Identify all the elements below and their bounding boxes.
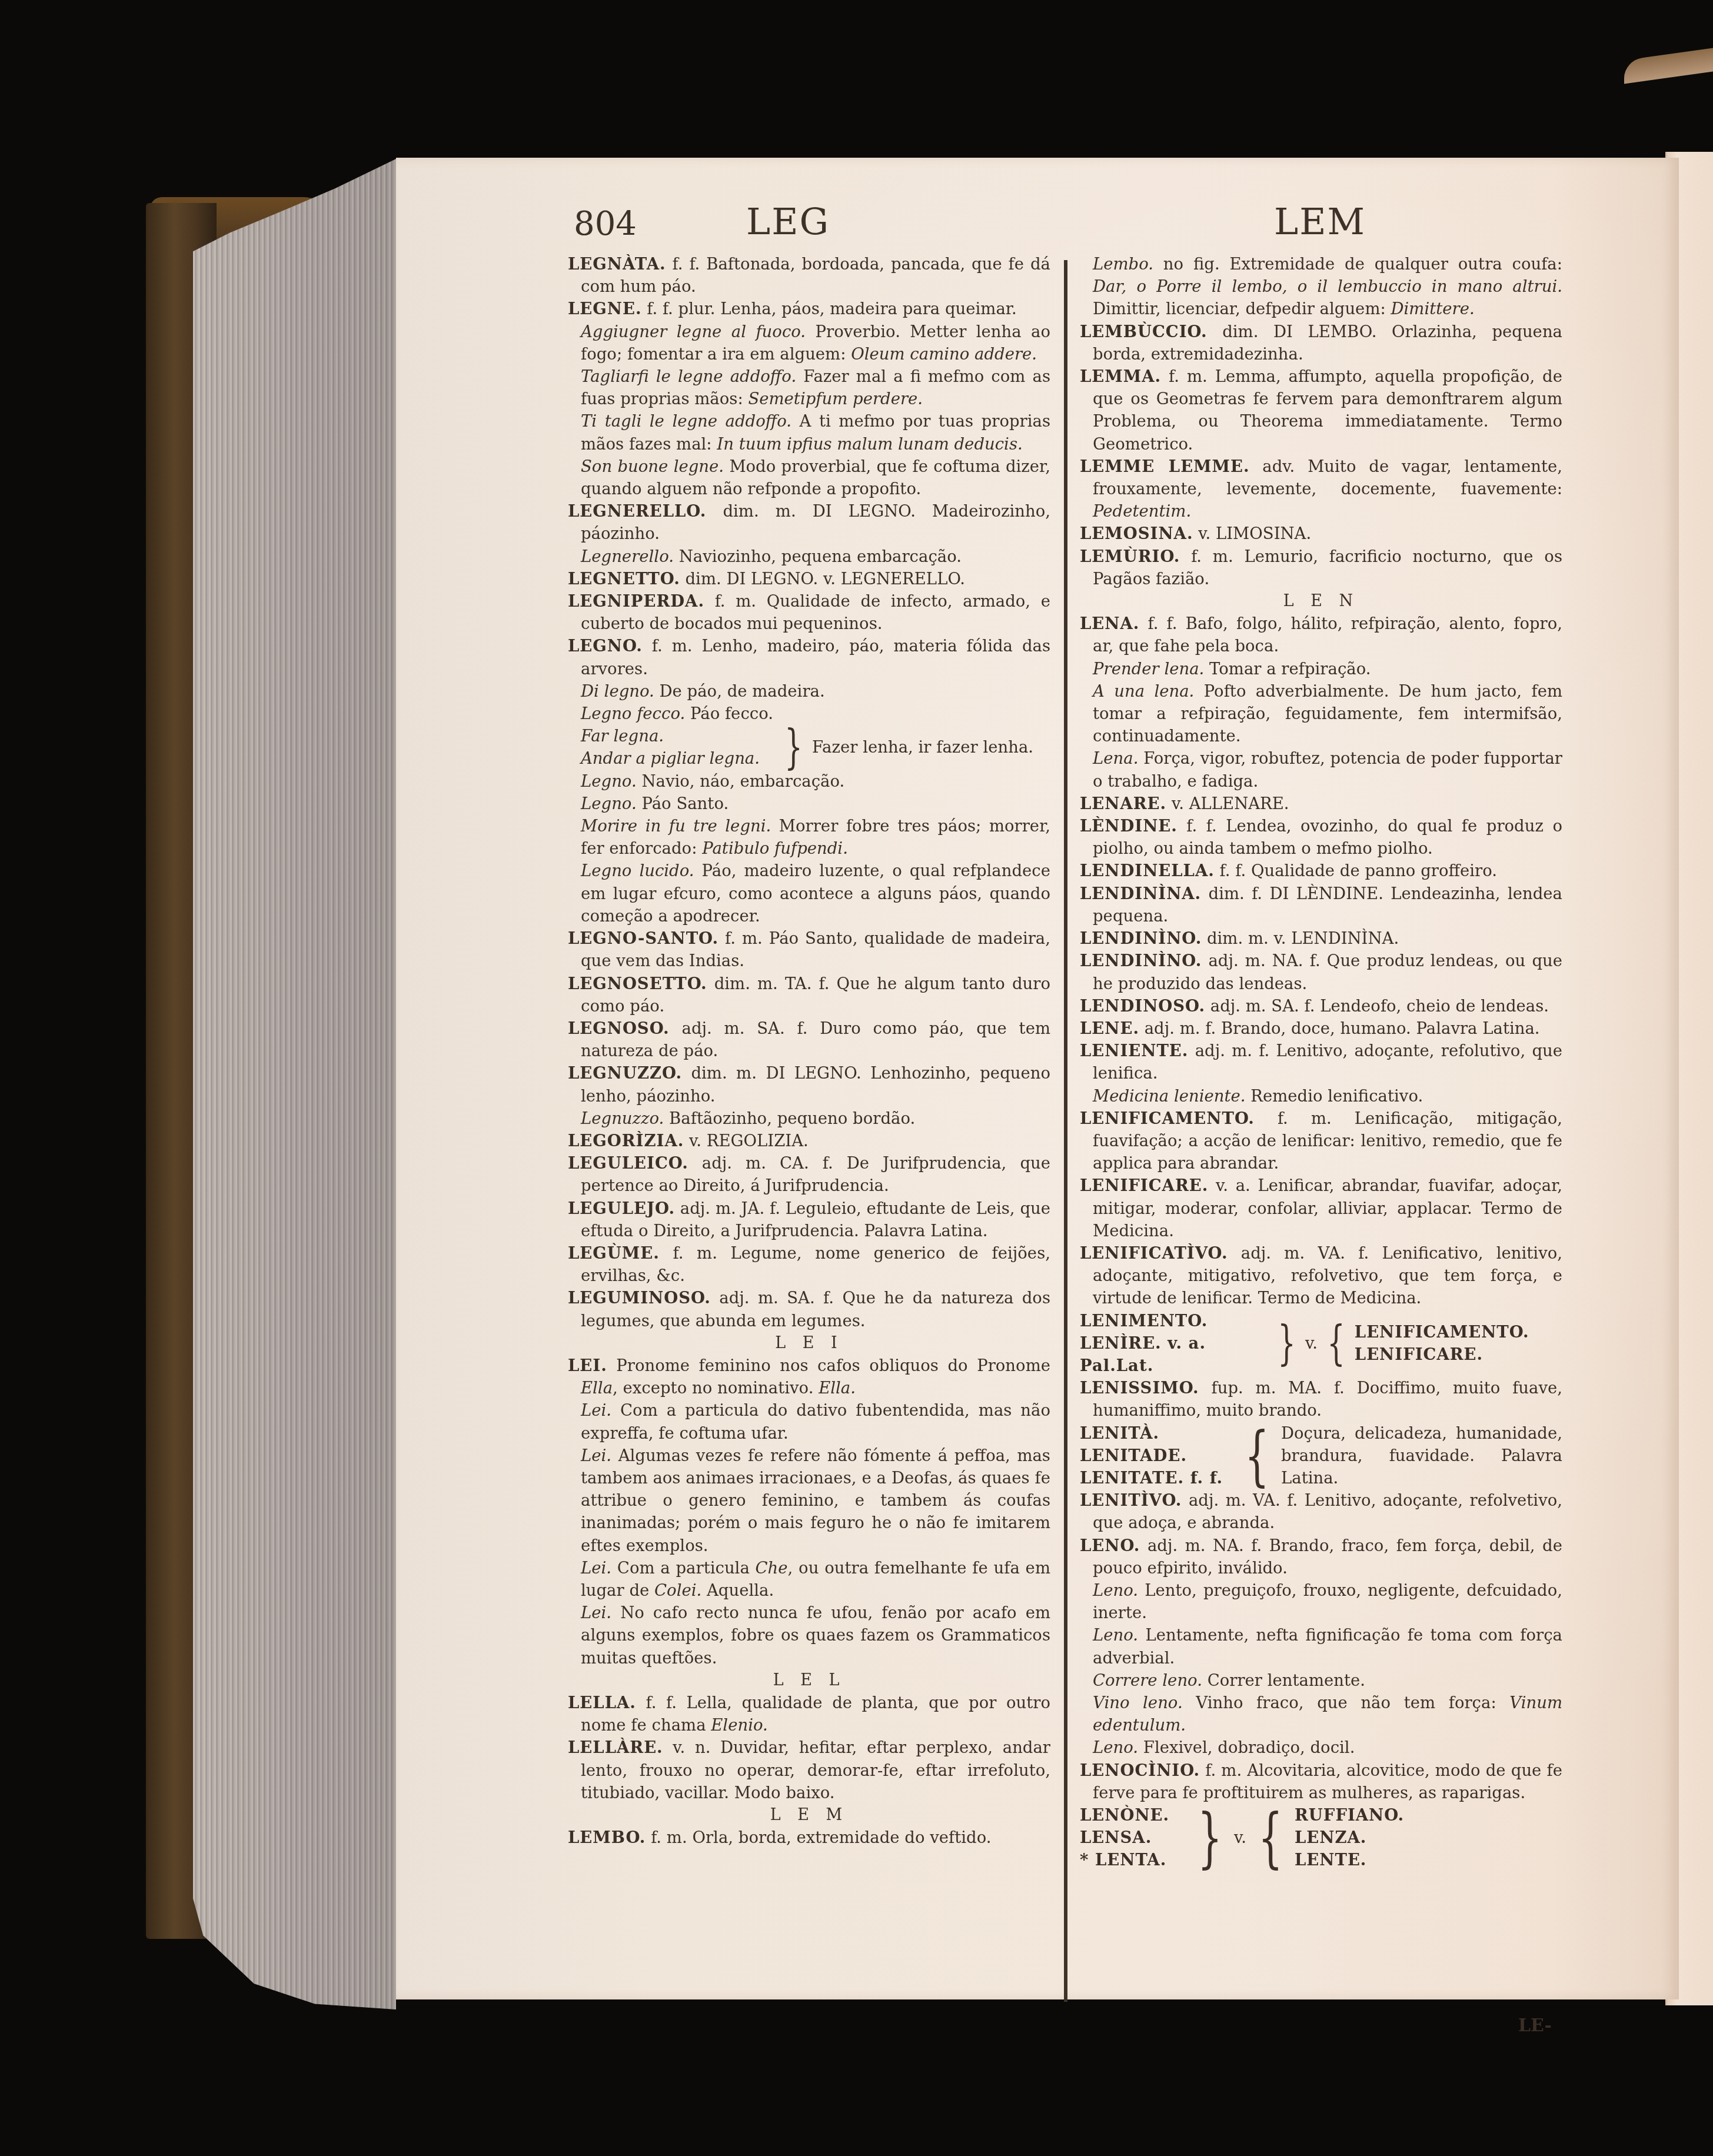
- next-page-cover-edge: [1624, 48, 1713, 84]
- braced-sub-entry: Far legna. Andar a pigliar legna. } Faze…: [568, 725, 1050, 770]
- dictionary-entry: LENIFICATÌVO. adj. m. VA. f. Lenificativ…: [1080, 1242, 1562, 1310]
- sub-entry: Legnerello. Naviozinho, pequena embarcaç…: [568, 545, 1050, 568]
- dictionary-entry: LENIFICAMENTO. f. m. Lenificação, mitiga…: [1080, 1107, 1562, 1175]
- dictionary-entry: LENDINÌNO. dim. m. v. LENDINÌNA.: [1080, 927, 1562, 950]
- sub-entry: Morire in fu tre legni. Morrer fobre tre…: [568, 815, 1050, 860]
- sub-entry: Leno. Lentamente, nefta fignificação fe …: [1080, 1624, 1562, 1669]
- braced-cross-reference: LENIMENTO. LENÌRE. v. a. Pal.Lat. } v. {…: [1080, 1310, 1562, 1378]
- brace-glyph: }: [783, 727, 805, 768]
- sub-entry: Leno. Lento, preguiçofo, frouxo, neglige…: [1080, 1579, 1562, 1624]
- sub-entry: Lei. Com a particula do dativo fubentend…: [568, 1399, 1050, 1444]
- sub-entry: Vino leno. Vinho fraco, que não tem forç…: [1080, 1692, 1562, 1736]
- sub-entry: Medicina leniente. Remedio lenificativo.: [1080, 1085, 1562, 1107]
- dictionary-entry: LEGNE. f. f. plur. Lenha, páos, madeira …: [568, 298, 1050, 320]
- dictionary-entry: LEGORÌZIA. v. REGOLIZIA.: [568, 1130, 1050, 1152]
- dictionary-entry: LEMOSINA. v. LIMOSINA.: [1080, 523, 1562, 545]
- brace-glyph: {: [1242, 1435, 1271, 1476]
- sub-entry: Legno lucido. Páo, madeiro luzente, o qu…: [568, 860, 1050, 927]
- dictionary-entry: LENITÌVO. adj. m. VA. f. Lenitivo, adoça…: [1080, 1489, 1562, 1534]
- sub-entry: Lei. No cafo recto nunca fe ufou, fenão …: [568, 1602, 1050, 1669]
- dictionary-entry: LEMÙRIO. f. m. Lemurio, facrificio noctu…: [1080, 545, 1562, 590]
- dictionary-entry: LEGNERELLO. dim. m. DI LEGNO. Madeirozin…: [568, 500, 1050, 545]
- page-number: 804: [574, 205, 637, 243]
- dictionary-entry: LENARE. v. ALLENARE.: [1080, 793, 1562, 815]
- sub-entry: Ti tagli le legne addoffo. A ti mefmo po…: [568, 410, 1050, 455]
- dictionary-entry: LEGNO. f. m. Lenho, madeiro, páo, materi…: [568, 635, 1050, 680]
- brace-glyph: {: [1325, 1323, 1348, 1364]
- section-heading: L E N: [1080, 590, 1562, 613]
- dictionary-entry: LEGÙME. f. m. Legume, nome generico de f…: [568, 1242, 1050, 1287]
- dictionary-entry: LEGNOSETTO. dim. m. TA. f. Que he algum …: [568, 973, 1050, 1017]
- dictionary-entry: LEGULEICO. adj. m. CA. f. De Jurifpruden…: [568, 1152, 1050, 1197]
- section-heading: L E L: [568, 1669, 1050, 1692]
- sub-entry: Prender lena. Tomar a refpiração.: [1080, 658, 1562, 680]
- sub-entry: Correre leno. Correr lentamente.: [1080, 1669, 1562, 1692]
- sub-entry: Aggiugner legne al fuoco. Proverbio. Met…: [568, 321, 1050, 365]
- dictionary-entry: LEI. Pronome feminino nos cafos obliquos…: [568, 1355, 1050, 1399]
- sub-entry: Legno fecco. Páo fecco.: [568, 703, 1050, 725]
- dictionary-entry: LENOCÌNIO. f. m. Alcovitaria, alcovitice…: [1080, 1759, 1562, 1804]
- section-heading: L E I: [568, 1332, 1050, 1355]
- sub-entry: Son buone legne. Modo proverbial, que fe…: [568, 455, 1050, 500]
- left-column: LEGNÀTA. f. f. Baftonada, bordoada, panc…: [568, 253, 1050, 1849]
- right-column: Lembo. no fig. Extremidade de qualquer o…: [1080, 253, 1562, 1872]
- running-head-left: LEG: [746, 200, 830, 243]
- dictionary-entry: LEMBÙCCIO. dim. DI LEMBO. Orlazinha, peq…: [1080, 321, 1562, 365]
- catchword: LE-: [1518, 2015, 1552, 2036]
- braced-entry: LENITÀ. LENITADE. LENITATE. f. f. { Doçu…: [1080, 1422, 1562, 1490]
- dictionary-entry: LENISSIMO. fup. m. MA. f. Dociffimo, mui…: [1080, 1377, 1562, 1422]
- brace-glyph: }: [1276, 1323, 1298, 1364]
- dictionary-entry: LEGNOSO. adj. m. SA. f. Duro como páo, q…: [568, 1017, 1050, 1062]
- sub-entry: Lei. Algumas vezes fe refere não fómente…: [568, 1445, 1050, 1557]
- dictionary-entry: LEGNUZZO. dim. m. DI LEGNO. Lenhozinho, …: [568, 1062, 1050, 1107]
- dictionary-entry: LENDINÌNA. dim. f. DI LÈNDINE. Lendeazin…: [1080, 883, 1562, 927]
- section-heading: L E M: [568, 1804, 1050, 1826]
- dictionary-entry: LENIENTE. adj. m. f. Lenitivo, adoçante,…: [1080, 1040, 1562, 1084]
- sub-entry: Lena. Força, vigor, robuftez, potencia d…: [1080, 747, 1562, 792]
- dictionary-entry: LENE. adj. m. f. Brando, doce, humano. P…: [1080, 1017, 1562, 1040]
- sub-entry: Lembo. no fig. Extremidade de qualquer o…: [1080, 253, 1562, 321]
- dictionary-entry: LENDINÌNO. adj. m. NA. f. Que produz len…: [1080, 950, 1562, 994]
- brace-glyph: {: [1256, 1817, 1285, 1858]
- sub-entry: Legnuzzo. Baftãozinho, pequeno bordão.: [568, 1107, 1050, 1130]
- column-rule: [1064, 260, 1067, 2002]
- dictionary-entry: LEGULEJO. adj. m. JA. f. Leguleio, eftud…: [568, 1197, 1050, 1242]
- dictionary-entry: LENA. f. f. Bafo, folgo, hálito, refpira…: [1080, 613, 1562, 657]
- dictionary-entry: LELLÀRE. v. n. Duvidar, hefitar, eftar p…: [568, 1736, 1050, 1804]
- sub-entry: Leno. Flexivel, dobradiço, docil.: [1080, 1736, 1562, 1759]
- sub-entry: Legno. Páo Santo.: [568, 793, 1050, 815]
- dictionary-entry: LEMME LEMME. adv. Muito de vagar, lentam…: [1080, 455, 1562, 523]
- dictionary-entry: LEMMA. f. m. Lemma, affumpto, aquella pr…: [1080, 365, 1562, 455]
- sub-entry: A una lena. Pofto adverbialmente. De hum…: [1080, 680, 1562, 748]
- brace-glyph: }: [1195, 1817, 1224, 1858]
- page-header: 804 LEG LEM: [574, 200, 1568, 247]
- dictionary-entry: LEGNO-SANTO. f. m. Páo Santo, qualidade …: [568, 927, 1050, 972]
- running-head-right: LEM: [1274, 200, 1366, 243]
- dictionary-entry: LENIFICARE. v. a. Lenificar, abrandar, f…: [1080, 1175, 1562, 1242]
- dictionary-entry: LENDINOSO. adj. m. SA. f. Lendeofo, chei…: [1080, 995, 1562, 1017]
- dictionary-entry: LELLA. f. f. Lella, qualidade de planta,…: [568, 1692, 1050, 1736]
- braced-cross-reference: LENÒNE. LENSA. * LENTA. } v. { RUFFIANO.…: [1080, 1804, 1562, 1872]
- sub-entry: Legno. Navio, náo, embarcação.: [568, 770, 1050, 793]
- dictionary-entry: LÈNDINE. f. f. Lendea, ovozinho, do qual…: [1080, 815, 1562, 860]
- dictionary-entry: LEGNIPERDA. f. m. Qualidade de infecto, …: [568, 590, 1050, 635]
- sub-entry: Lei. Com a particula Che, ou outra femel…: [568, 1557, 1050, 1602]
- dictionary-entry: LEMBO. f. m. Orla, borda, extremidade do…: [568, 1826, 1050, 1849]
- sub-entry: Tagliarfi le legne addoffo. Fazer mal a …: [568, 365, 1050, 410]
- dictionary-entry: LEGNETTO. dim. DI LEGNO. v. LEGNERELLO.: [568, 568, 1050, 590]
- sub-entry: Di legno. De páo, de madeira.: [568, 680, 1050, 703]
- dictionary-entry: LENDINELLA. f. f. Qualidade de panno gro…: [1080, 860, 1562, 882]
- dictionary-entry: LENO. adj. m. NA. f. Brando, fraco, fem …: [1080, 1535, 1562, 1579]
- dictionary-entry: LEGUMINOSO. adj. m. SA. f. Que he da nat…: [568, 1287, 1050, 1332]
- page-block-edges: [193, 159, 396, 2009]
- dictionary-entry: LEGNÀTA. f. f. Baftonada, bordoada, panc…: [568, 253, 1050, 298]
